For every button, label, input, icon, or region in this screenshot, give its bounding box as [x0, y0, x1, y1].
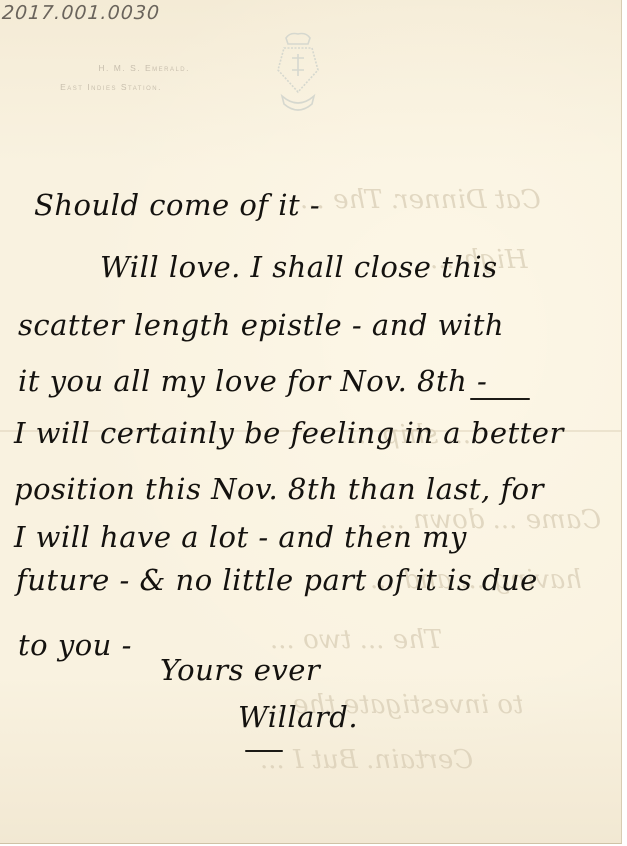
bleed-through-text: The ... two ... — [270, 625, 442, 655]
date-underline — [470, 398, 530, 400]
letter-line: position this Nov. 8th than last, for — [14, 472, 544, 506]
naval-crest-icon — [268, 30, 328, 120]
letter-signature: Willard. — [238, 700, 358, 734]
signature-underline — [245, 750, 283, 752]
letter-line: Will love. I shall close this — [100, 250, 498, 284]
letter-line: it you all my love for Nov. 8th - — [18, 364, 487, 398]
letter-line: I will have a lot - and then my — [14, 520, 467, 554]
letter-line: scatter length epistle - and with — [18, 308, 504, 342]
letter-line: I will certainly be feeling in a better — [14, 416, 564, 450]
letterhead-station: East Indies Station. — [12, 82, 162, 92]
letter-page: 2017.001.0030 H. M. S. Emerald. East Ind… — [0, 0, 622, 844]
letterhead-ship-name: H. M. S. Emerald. — [70, 63, 190, 73]
bleed-through-text: Cat Dinner. The ... — [300, 185, 541, 215]
letter-line: to you - — [18, 628, 132, 662]
bleed-through-text: Certain. But I ... — [260, 745, 473, 775]
letter-line: Should come of it - — [34, 188, 320, 222]
archive-number: 2017.001.0030 — [1, 2, 161, 24]
letter-closing: Yours ever — [160, 653, 320, 687]
letter-line: future - & no little part of it is due — [16, 563, 538, 597]
